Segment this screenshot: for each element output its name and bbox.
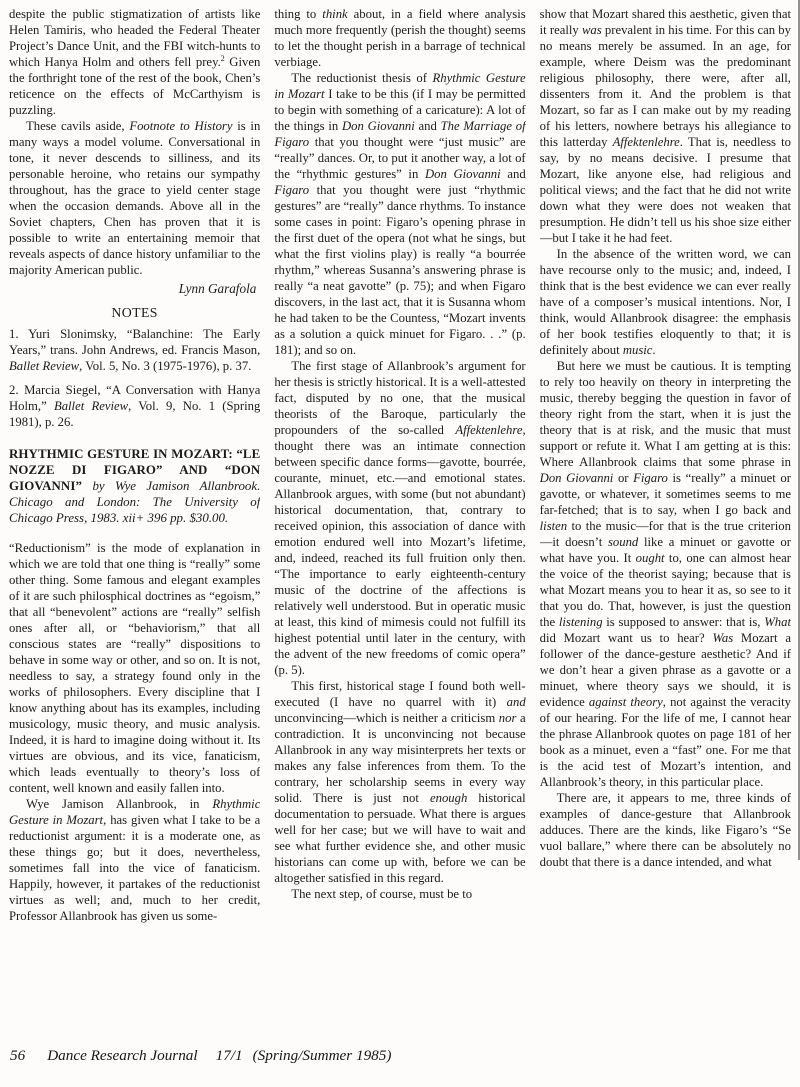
para: These cavils aside, Footnote to History …: [9, 118, 260, 278]
para: In the absence of the written word, we c…: [540, 246, 791, 358]
byline: Lynn Garafola: [9, 281, 256, 297]
journal-title: Dance Research Journal: [47, 1047, 197, 1064]
journal-page: despite the public stigmatization of art…: [0, 0, 800, 1087]
journal-issue: 17/1: [216, 1047, 243, 1064]
journal-season: (Spring/Summer 1985): [253, 1047, 392, 1064]
page-footer: 56Dance Research Journal17/1(Spring/Summ…: [10, 1047, 391, 1065]
para: despite the public stigmatization of art…: [9, 6, 260, 118]
para: show that Mozart shared this aesthetic, …: [540, 6, 791, 246]
text-columns: despite the public stigmatization of art…: [9, 6, 791, 1028]
para: Wye Jamison Allanbrook, in Rhythmic Gest…: [9, 796, 260, 924]
para: The first stage of Allanbrook’s argument…: [274, 358, 525, 678]
book-heading: RHYTHMIC GESTURE IN MOZART: “LE NOZZE DI…: [9, 446, 260, 526]
note: 1. Yuri Slonimsky, “Balanchine: The Earl…: [9, 326, 260, 374]
para: thing to think about, in a field where a…: [274, 6, 525, 70]
para: But here we must be cautious. It is temp…: [540, 358, 791, 790]
column-right: show that Mozart shared this aesthetic, …: [540, 6, 791, 1028]
notes-heading: NOTES: [9, 305, 260, 321]
note: 2. Marcia Siegel, “A Conversation with H…: [9, 382, 260, 430]
column-middle: thing to think about, in a field where a…: [274, 6, 525, 1028]
para: There are, it appears to me, three kinds…: [540, 790, 791, 870]
column-left: despite the public stigmatization of art…: [9, 6, 260, 1028]
para: This first, historical stage I found bot…: [274, 678, 525, 886]
para: The reductionist thesis of Rhythmic Gest…: [274, 70, 525, 358]
page-number: 56: [10, 1047, 25, 1064]
para: The next step, of course, must be to: [274, 886, 525, 902]
para: “Reductionism” is the mode of explanatio…: [9, 540, 260, 796]
